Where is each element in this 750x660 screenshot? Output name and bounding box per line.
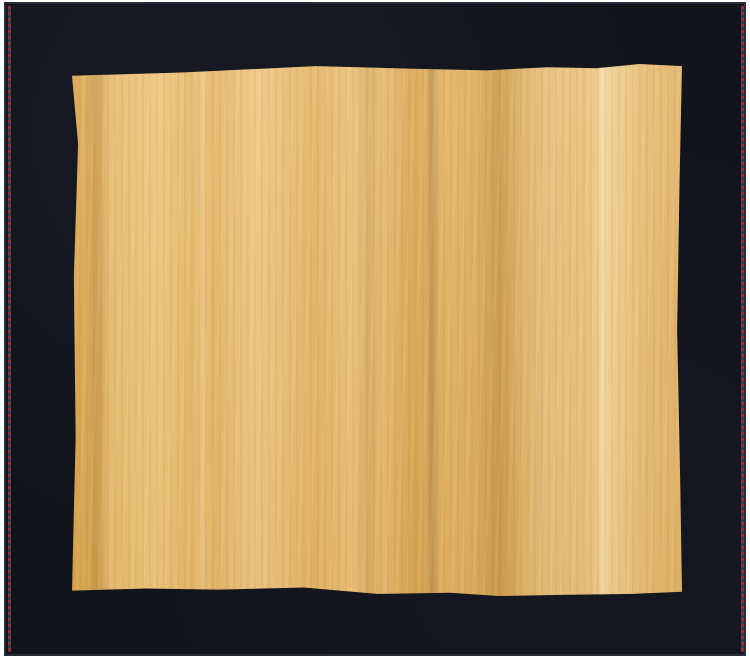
abrash-streak xyxy=(84,64,108,596)
abrash-streak xyxy=(597,64,609,596)
abrash-streak xyxy=(475,64,524,596)
abrash-streak xyxy=(194,64,212,596)
rug-field xyxy=(72,64,682,596)
abrash-streak xyxy=(353,64,384,596)
abrash-streak xyxy=(426,64,438,596)
rug-selvedge-right xyxy=(741,6,744,652)
rug-selvedge-left xyxy=(8,6,11,652)
